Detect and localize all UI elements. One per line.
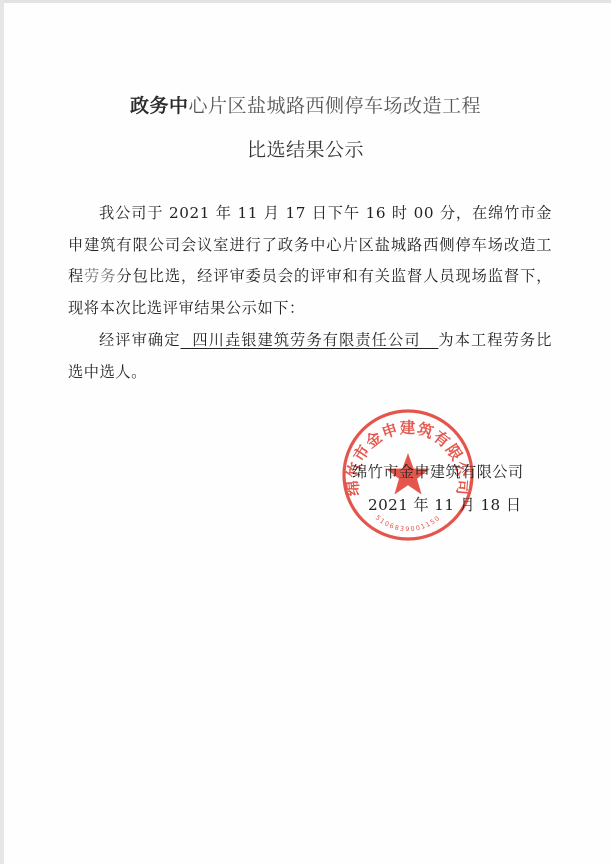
signature-date: 2021 年 11 月 18 日 bbox=[368, 494, 521, 515]
paragraph1-text-faint: 劳务 bbox=[84, 267, 116, 285]
seal-serial-number: 5106839001150 bbox=[374, 514, 442, 534]
body-paragraph-1: 我公司于 2021 年 11 月 17 日下午 16 时 00 分，在绵竹市金申… bbox=[68, 198, 552, 324]
document-page bbox=[4, 3, 611, 864]
body-paragraph-2: 经评审确定 四川垚银建筑劳务有限责任公司 为本工程劳务比选中选人。 bbox=[68, 325, 552, 388]
paragraph2-prefix: 经评审确定 bbox=[99, 331, 181, 349]
title-regular-part: 心片区盐城路西侧停车场改造工程 bbox=[189, 95, 482, 117]
winner-company-name: 四川垚银建筑劳务有限责任公司 bbox=[181, 331, 439, 349]
document-title: 政务中心片区盐城路西侧停车场改造工程 bbox=[0, 91, 611, 118]
svg-text:5106839001150: 5106839001150 bbox=[374, 514, 442, 534]
title-bold-part: 政务中 bbox=[130, 95, 189, 117]
document-subtitle: 比选结果公示 bbox=[0, 135, 611, 162]
signature-company: 绵竹市金申建筑有限公司 bbox=[352, 461, 523, 482]
paragraph1-text-b: 分包比选，经评审委员会的评审和有关监督人员现场监督下，现将本次比选评审结果公示如… bbox=[68, 267, 552, 317]
